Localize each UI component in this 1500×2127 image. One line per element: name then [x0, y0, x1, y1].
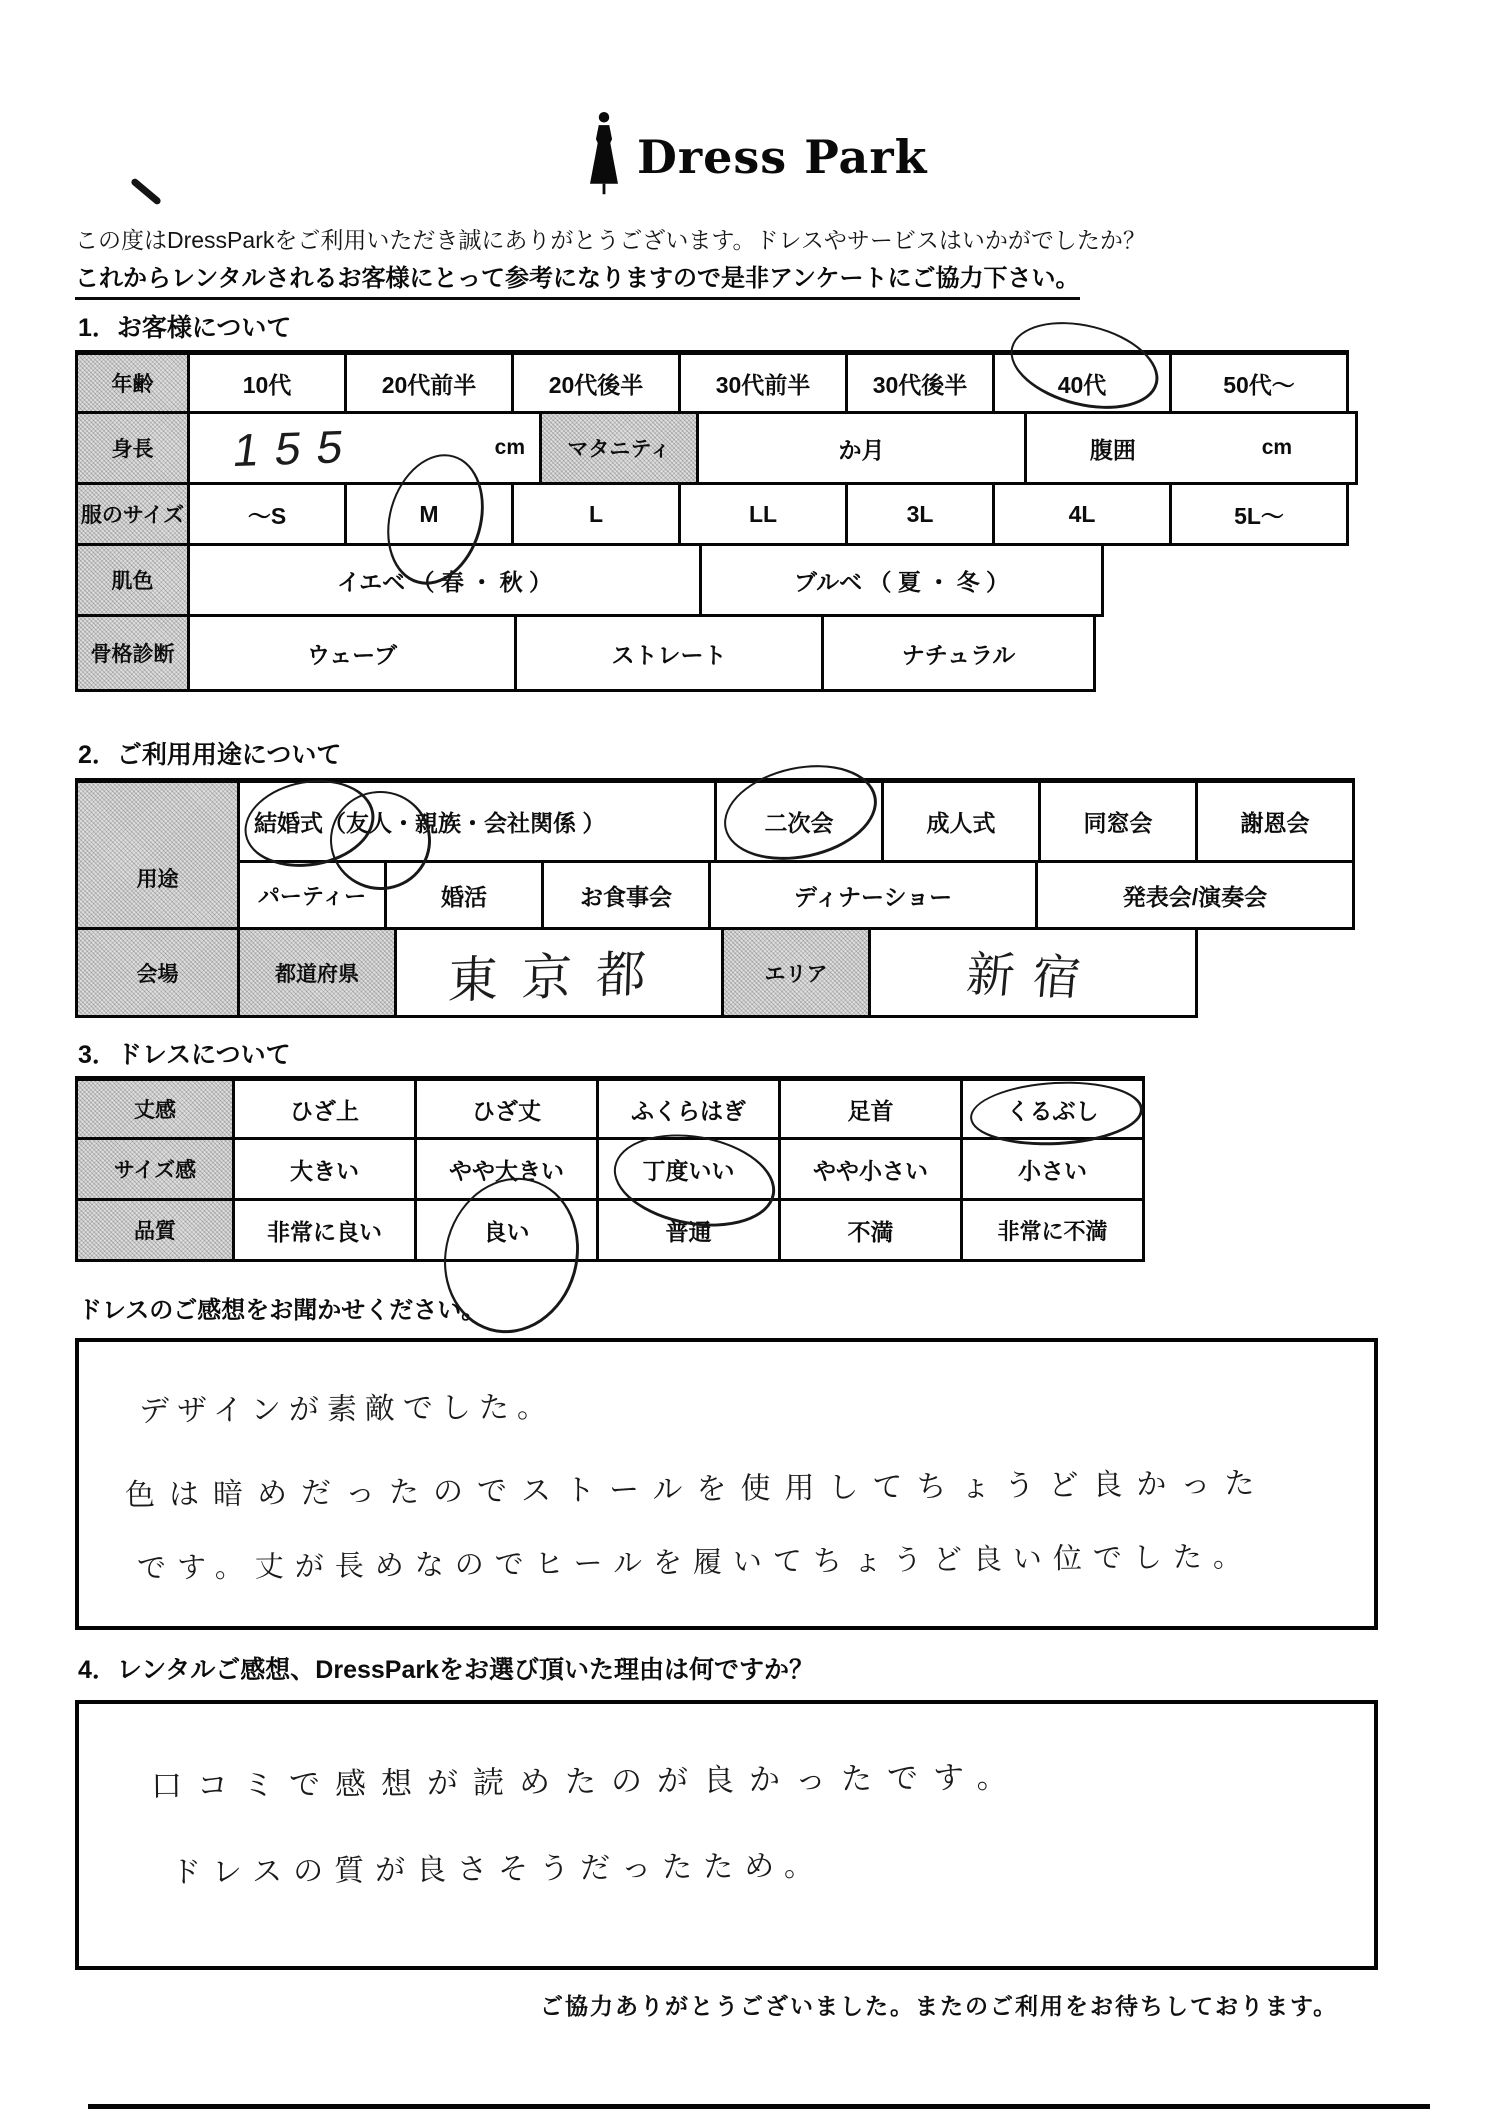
fit-option-small: 小さい: [960, 1137, 1145, 1201]
area-value-handwritten: 新宿: [964, 936, 1102, 1009]
frame-label: 骨格診断: [75, 614, 190, 692]
quality-option-average: 普通: [596, 1198, 781, 1262]
quality-label: 品質: [75, 1198, 235, 1262]
length-option-calf: ふくらはぎ: [596, 1076, 781, 1140]
frame-option-natural: ナチュラル: [821, 614, 1096, 692]
frame-option-wave: ウェーブ: [187, 614, 517, 692]
age-option-50s: 50代～: [1169, 350, 1349, 414]
purpose-option-reunion: 同窓会: [1038, 778, 1198, 863]
venue-row: 会場 都道府県 東京都 エリア 新宿: [75, 927, 1355, 1018]
length-option-above-knee: ひざ上: [232, 1076, 417, 1140]
size-label: 服のサイズ: [75, 482, 190, 546]
logo: Dress Park: [583, 110, 927, 203]
age-option-40s-text: 40代: [1058, 367, 1107, 400]
height-unit-label: cm: [495, 436, 525, 460]
age-option-early-20s: 20代前半: [344, 350, 514, 414]
skin-option-yellow-base: イエベ （ 春 ・ 秋 ）: [187, 543, 702, 617]
age-label: 年齢: [75, 350, 190, 414]
height-value-cell: 155 cm: [187, 411, 542, 485]
length-label: 丈感: [75, 1076, 235, 1140]
purpose-option-wedding-selected: 結婚式 （ 友人 ・親族・会社関係 ）: [237, 778, 717, 863]
size-option-m-selected: M: [344, 482, 514, 546]
handwritten-line: デザインが素敵でした。: [139, 1382, 555, 1430]
survey-form-page: Dress Park この度はDressParkをご利用いただき誠にありがとうご…: [0, 0, 1500, 2127]
age-row: 年齢 10代 20代前半 20代後半 30代前半 30代後半 40代 50代～: [75, 350, 1358, 414]
purpose-option-coming-of-age: 成人式: [881, 778, 1041, 863]
usage-table: 用途 結婚式 （ 友人 ・親族・会社関係 ） 二次会 成人式 同窓会 謝恩: [75, 778, 1355, 1018]
height-value-handwritten: 155: [230, 419, 363, 477]
dress-icon: [583, 110, 625, 203]
pen-stroke-mark: [130, 177, 162, 206]
frame-option-straight: ストレート: [514, 614, 824, 692]
purpose-option-recital: 発表会/演奏会: [1035, 860, 1355, 930]
handwritten-line: ドレスの質が良さそうだったため。: [171, 1841, 825, 1892]
prefecture-label: 都道府県: [237, 927, 397, 1018]
intro-thanks-line: この度はDressParkをご利用いただき誠にありがとうございます。ドレスやサー…: [75, 222, 1146, 255]
wedding-paren-open: （: [323, 805, 346, 838]
quality-option-very-good: 非常に良い: [232, 1198, 417, 1262]
months-label: か月: [696, 411, 1027, 485]
size-option-l: L: [511, 482, 681, 546]
purpose-option-afterparty-selected: 二次会: [714, 778, 884, 863]
section1-heading: 1．お客様について: [78, 308, 291, 344]
maternity-label: マタニティ: [539, 411, 699, 485]
handwritten-line: 色は暗めだったのでストールを使用してちょうど良かった: [125, 1458, 1269, 1514]
waist-unit-label: cm: [1262, 436, 1292, 460]
waist-label: 腹囲: [1090, 432, 1136, 465]
fit-row: サイズ感 大きい やや大きい 丁度いい やや小さい 小さい: [75, 1137, 1145, 1201]
customer-table: 年齢 10代 20代前半 20代後半 30代前半 30代後半 40代 50代～ …: [75, 350, 1358, 692]
good-text: 良い: [484, 1214, 530, 1247]
age-option-10s: 10代: [187, 350, 347, 414]
dress-table: 丈感 ひざ上 ひざ丈 ふくらはぎ 足首 くるぶし サイズ感 大きい やや大きい …: [75, 1076, 1145, 1262]
length-row: 丈感 ひざ上 ひざ丈 ふくらはぎ 足首 くるぶし: [75, 1076, 1145, 1140]
skin-label: 肌色: [75, 543, 190, 617]
size-option-3l: 3L: [845, 482, 995, 546]
quality-option-very-dissatisfied: 非常に不満: [960, 1198, 1145, 1262]
height-row: 身長 155 cm マタニティ か月 腹囲 cm: [75, 411, 1358, 485]
purpose-row-2: パーティー 婚活 お食事会 ディナーショー 発表会/演奏会: [237, 860, 1355, 930]
wedding-friend-text: 友人: [346, 810, 392, 836]
fit-option-slightly-small: やや小さい: [778, 1137, 963, 1201]
length-option-anklebone-selected: くるぶし: [960, 1076, 1145, 1140]
section4-heading: 4．レンタルご感想、DressParkをお選び頂いた理由は何ですか？: [78, 1650, 814, 1686]
purpose-option-konkatsu: 婚活: [384, 860, 544, 930]
height-label: 身長: [75, 411, 190, 485]
age-option-late-20s: 20代後半: [511, 350, 681, 414]
prefecture-value-handwritten: 東京都: [447, 933, 671, 1013]
section2-heading: 2．ご利用用途について: [78, 735, 341, 771]
length-option-knee: ひざ丈: [414, 1076, 599, 1140]
wedding-text: 結婚式: [254, 810, 323, 836]
skin-row: 肌色 イエベ （ 春 ・ 秋 ） ブルベ （ 夏 ・ 冬 ）: [75, 543, 1358, 617]
prefecture-value-cell: 東京都: [394, 927, 724, 1018]
dress-feedback-box: デザインが素敵でした。 色は暗めだったのでストールを使用してちょうど良かった で…: [75, 1338, 1378, 1630]
age-option-40s-selected: 40代: [992, 350, 1172, 414]
purpose-option-party: パーティー: [237, 860, 387, 930]
handwritten-line: 口コミで感想が読めたのが良かったです。: [151, 1751, 1023, 1805]
fit-option-big: 大きい: [232, 1137, 417, 1201]
just-right-text: 丁度いい: [643, 1153, 735, 1186]
length-option-ankle: 足首: [778, 1076, 963, 1140]
age-option-early-30s: 30代前半: [678, 350, 848, 414]
selection-circle: [1001, 308, 1167, 423]
purpose-label: 用途: [75, 778, 240, 930]
purpose-row-1: 結婚式 （ 友人 ・親族・会社関係 ） 二次会 成人式 同窓会 謝恩会: [237, 778, 1355, 863]
skin-option-blue-base: ブルベ （ 夏 ・ 冬 ）: [699, 543, 1104, 617]
dress-feedback-prompt: ドレスのご感想をお聞かせください。: [78, 1290, 485, 1325]
quality-option-good-selected: 良い: [414, 1198, 599, 1262]
purpose-option-dinner-show: ディナーショー: [708, 860, 1038, 930]
anklebone-text: くるぶし: [1007, 1093, 1099, 1126]
fit-option-just-right-selected: 丁度いい: [596, 1137, 781, 1201]
fit-label: サイズ感: [75, 1137, 235, 1201]
handwritten-line: です。丈が長めなのでヒールを履いてちょうど良い位でした。: [137, 1534, 1253, 1587]
purpose-option-thanks-party: 謝恩会: [1195, 778, 1355, 863]
size-option-ll: LL: [678, 482, 848, 546]
brand-text: Dress Park: [637, 130, 927, 184]
venue-label: 会場: [75, 927, 240, 1018]
section3-heading: 3．ドレスについて: [78, 1035, 291, 1071]
fit-option-slightly-big: やや大きい: [414, 1137, 599, 1201]
purpose-option-dinner-meeting: お食事会: [541, 860, 711, 930]
afterparty-text: 二次会: [765, 805, 834, 838]
scan-bottom-line: [88, 2104, 1430, 2109]
wedding-relations-text: ・親族・会社関係 ）: [392, 805, 605, 838]
quality-row: 品質 非常に良い 良い 普通 不満 非常に不満: [75, 1198, 1145, 1262]
waist-cell: 腹囲 cm: [1024, 411, 1358, 485]
quality-option-dissatisfied: 不満: [778, 1198, 963, 1262]
size-option-s: ～S: [187, 482, 347, 546]
frame-row: 骨格診断 ウェーブ ストレート ナチュラル: [75, 614, 1358, 692]
area-label: エリア: [721, 927, 871, 1018]
footer-thanks: ご協力ありがとうございました。またのご利用をお待ちしております。: [540, 1988, 1338, 2021]
area-value-cell: 新宿: [868, 927, 1198, 1018]
size-option-m-text: M: [419, 501, 438, 528]
reason-box: 口コミで感想が読めたのが良かったです。 ドレスの質が良さそうだったため。: [75, 1700, 1378, 1970]
size-option-5l: 5L～: [1169, 482, 1349, 546]
survey-request-line: これからレンタルされるお客様にとって参考になりますので是非アンケートにご協力下さ…: [75, 258, 1080, 300]
age-option-late-30s: 30代後半: [845, 350, 995, 414]
size-row: 服のサイズ ～S M L LL 3L 4L 5L～: [75, 482, 1358, 546]
size-option-4l: 4L: [992, 482, 1172, 546]
